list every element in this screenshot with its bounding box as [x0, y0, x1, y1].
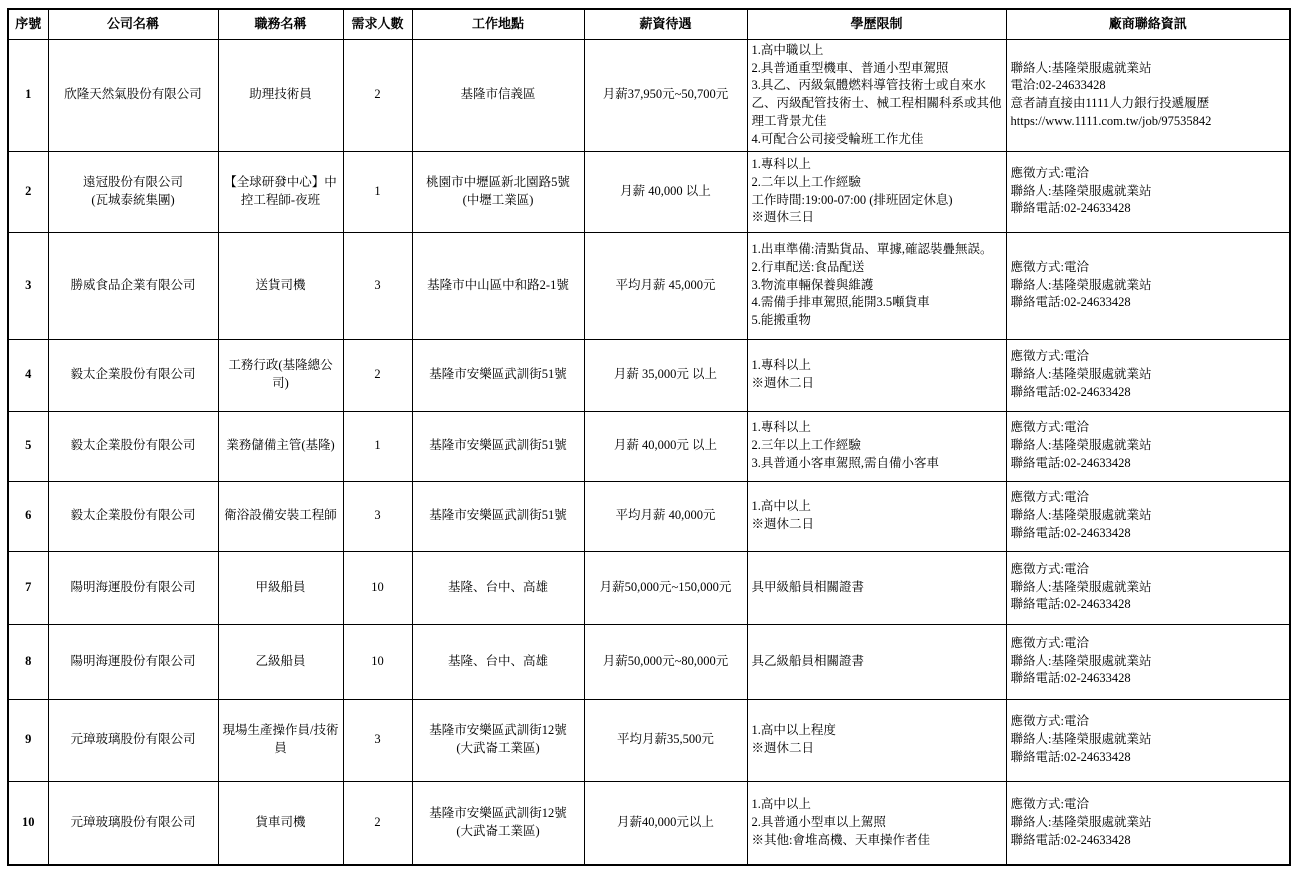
text-line: 2.三年以上工作經驗 — [752, 437, 1002, 455]
text-line: 聯絡電話:02-24633428 — [1011, 596, 1286, 614]
location-cell: 基隆、台中、高雄 — [412, 624, 584, 699]
company-cell: 欣隆天然氣股份有限公司 — [48, 39, 218, 151]
text-line: 聯絡電話:02-24633428 — [1011, 749, 1286, 767]
text-line: 聯絡電話:02-24633428 — [1011, 200, 1286, 218]
text-line: 毅太企業股份有限公司 — [53, 437, 214, 455]
requirements-cell: 具甲級船員相關證書 — [747, 551, 1006, 624]
text-line: 3.具普通小客車駕照,需自備小客車 — [752, 455, 1002, 473]
text-line: 遠冠股份有限公司 — [53, 174, 214, 192]
text-line: 基隆市信義區 — [417, 86, 580, 104]
text-line: 1.高中以上程度 — [752, 722, 1002, 740]
requirements-cell: 1.高中職以上2.具普通重型機車、普通小型車駕照3.具乙、丙級氣體燃料導管技術士… — [747, 39, 1006, 151]
col-header-seq: 序號 — [8, 9, 48, 39]
text-line: (大武崙工業區) — [417, 823, 580, 841]
location-cell: 基隆市安樂區武訓街51號 — [412, 481, 584, 551]
headcount-cell: 2 — [343, 39, 412, 151]
text-line: 基隆、台中、高雄 — [417, 653, 580, 671]
table-row: 8陽明海運股份有限公司乙級船員10基隆、台中、高雄月薪50,000元~80,00… — [8, 624, 1290, 699]
text-line: 4.需備手排車駕照,能開3.5噸貨車 — [752, 294, 1002, 312]
text-line: ※週休三日 — [752, 209, 1002, 227]
text-line: 聯絡電話:02-24633428 — [1011, 525, 1286, 543]
company-cell: 毅太企業股份有限公司 — [48, 339, 218, 411]
text-line: 1.高中以上 — [752, 796, 1002, 814]
text-line: 2.具普通重型機車、普通小型車駕照 — [752, 60, 1002, 78]
text-line: ※週休二日 — [752, 740, 1002, 758]
table-row: 3勝威食品企業有限公司送貨司機3基隆市中山區中和路2-1號平均月薪 45,000… — [8, 232, 1290, 339]
text-line: 聯絡電話:02-24633428 — [1011, 670, 1286, 688]
text-line: 基隆市安樂區武訓街51號 — [417, 437, 580, 455]
text-line: 毅太企業股份有限公司 — [53, 507, 214, 525]
text-line: 聯絡人:基隆榮服處就業站 — [1011, 814, 1286, 832]
text-line: 基隆市中山區中和路2-1號 — [417, 277, 580, 295]
seq-cell: 7 — [8, 551, 48, 624]
text-line: 聯絡人:基隆榮服處就業站 — [1011, 277, 1286, 295]
requirements-cell: 1.出車準備:清點貨品、單據,確認裝疊無誤。2.行車配送:食品配送3.物流車輛保… — [747, 232, 1006, 339]
company-cell: 元璋玻璃股份有限公司 — [48, 699, 218, 781]
company-cell: 元璋玻璃股份有限公司 — [48, 781, 218, 865]
text-line: 陽明海運股份有限公司 — [53, 653, 214, 671]
salary-cell: 月薪 40,000元 以上 — [584, 411, 747, 481]
salary-cell: 月薪40,000元以上 — [584, 781, 747, 865]
text-line: 3.具乙、丙級氣體燃料導管技術士或自來水乙、丙級配管技術士、械工程相關科系或其他… — [752, 77, 1002, 130]
company-cell: 遠冠股份有限公司(瓦城泰統集團) — [48, 151, 218, 232]
table-row: 10元璋玻璃股份有限公司貨車司機2基隆市安樂區武訓街12號(大武崙工業區)月薪4… — [8, 781, 1290, 865]
salary-cell: 平均月薪 40,000元 — [584, 481, 747, 551]
salary-cell: 平均月薪35,500元 — [584, 699, 747, 781]
company-cell: 陽明海運股份有限公司 — [48, 551, 218, 624]
text-line: 欣隆天然氣股份有限公司 — [53, 86, 214, 104]
col-header-requirements: 學歷限制 — [747, 9, 1006, 39]
location-cell: 基隆市安樂區武訓街51號 — [412, 411, 584, 481]
text-line: 聯絡人:基隆榮服處就業站 — [1011, 731, 1286, 749]
seq-cell: 2 — [8, 151, 48, 232]
text-line: 1.專科以上 — [752, 419, 1002, 437]
contact-cell: 聯絡人:基隆榮服處就業站電洽:02-24633428意者請直接由1111人力銀行… — [1006, 39, 1290, 151]
contact-cell: 應徵方式:電洽聯絡人:基隆榮服處就業站聯絡電話:02-24633428 — [1006, 551, 1290, 624]
salary-cell: 月薪 35,000元 以上 — [584, 339, 747, 411]
job-title-cell: 現場生產操作員/技術員 — [218, 699, 343, 781]
text-line: 基隆、台中、高雄 — [417, 579, 580, 597]
requirements-cell: 1.高中以上程度※週休二日 — [747, 699, 1006, 781]
headcount-cell: 1 — [343, 151, 412, 232]
text-line: (瓦城泰統集團) — [53, 192, 214, 210]
contact-cell: 應徵方式:電洽聯絡人:基隆榮服處就業站聯絡電話:02-24633428 — [1006, 781, 1290, 865]
location-cell: 桃園市中壢區新北園路5號(中壢工業區) — [412, 151, 584, 232]
text-line: 應徵方式:電洽 — [1011, 259, 1286, 277]
text-line: (大武崙工業區) — [417, 740, 580, 758]
contact-cell: 應徵方式:電洽聯絡人:基隆榮服處就業站聯絡電話:02-24633428 — [1006, 339, 1290, 411]
text-line: ※其他:會堆高機、天車操作者佳 — [752, 832, 1002, 850]
table-row: 4毅太企業股份有限公司工務行政(基隆總公司)2基隆市安樂區武訓街51號月薪 35… — [8, 339, 1290, 411]
text-line: 聯絡人:基隆榮服處就業站 — [1011, 60, 1286, 78]
header-row: 序號公司名稱職務名稱需求人數工作地點薪資待遇學歷限制廠商聯絡資訊 — [8, 9, 1290, 39]
text-line: 5.能搬重物 — [752, 312, 1002, 330]
location-cell: 基隆市安樂區武訓街12號(大武崙工業區) — [412, 781, 584, 865]
job-title-cell: 助理技術員 — [218, 39, 343, 151]
text-line: (中壢工業區) — [417, 192, 580, 210]
text-line: 勝威食品企業有限公司 — [53, 277, 214, 295]
salary-cell: 月薪37,950元~50,700元 — [584, 39, 747, 151]
job-title-cell: 甲級船員 — [218, 551, 343, 624]
table-row: 7陽明海運股份有限公司甲級船員10基隆、台中、高雄月薪50,000元~150,0… — [8, 551, 1290, 624]
contact-cell: 應徵方式:電洽聯絡人:基隆榮服處就業站聯絡電話:02-24633428 — [1006, 411, 1290, 481]
company-cell: 陽明海運股份有限公司 — [48, 624, 218, 699]
text-line: 2.二年以上工作經驗 — [752, 174, 1002, 192]
text-line: 應徵方式:電洽 — [1011, 635, 1286, 653]
text-line: 1.高中職以上 — [752, 42, 1002, 60]
col-header-headcount: 需求人數 — [343, 9, 412, 39]
table-row: 5毅太企業股份有限公司業務儲備主管(基隆)1基隆市安樂區武訓街51號月薪 40,… — [8, 411, 1290, 481]
text-line: 聯絡人:基隆榮服處就業站 — [1011, 366, 1286, 384]
text-line: 具甲級船員相關證書 — [752, 579, 1002, 597]
company-cell: 勝威食品企業有限公司 — [48, 232, 218, 339]
job-title-cell: 業務儲備主管(基隆) — [218, 411, 343, 481]
text-line: 應徵方式:電洽 — [1011, 489, 1286, 507]
requirements-cell: 1.專科以上2.二年以上工作經驗工作時間:19:00-07:00 (排班固定休息… — [747, 151, 1006, 232]
text-line: 4.可配合公司接受輪班工作尤佳 — [752, 131, 1002, 149]
text-line: 具乙級船員相關證書 — [752, 653, 1002, 671]
text-line: 2.行車配送:食品配送 — [752, 259, 1002, 277]
text-line: 聯絡電話:02-24633428 — [1011, 384, 1286, 402]
location-cell: 基隆、台中、高雄 — [412, 551, 584, 624]
company-cell: 毅太企業股份有限公司 — [48, 481, 218, 551]
job-title-cell: 貨車司機 — [218, 781, 343, 865]
job-title-cell: 衛浴設備安裝工程師 — [218, 481, 343, 551]
text-line: 聯絡電話:02-24633428 — [1011, 455, 1286, 473]
seq-cell: 1 — [8, 39, 48, 151]
job-title-cell: 工務行政(基隆總公司) — [218, 339, 343, 411]
headcount-cell: 2 — [343, 339, 412, 411]
job-title-cell: 送貨司機 — [218, 232, 343, 339]
headcount-cell: 10 — [343, 624, 412, 699]
text-line: 元璋玻璃股份有限公司 — [53, 814, 214, 832]
text-line: 1.高中以上 — [752, 498, 1002, 516]
text-line: 元璋玻璃股份有限公司 — [53, 731, 214, 749]
col-header-salary: 薪資待遇 — [584, 9, 747, 39]
headcount-cell: 3 — [343, 232, 412, 339]
seq-cell: 9 — [8, 699, 48, 781]
table-row: 2遠冠股份有限公司(瓦城泰統集團)【全球研發中心】中控工程師-夜班1桃園市中壢區… — [8, 151, 1290, 232]
requirements-cell: 1.專科以上※週休二日 — [747, 339, 1006, 411]
text-line: 陽明海運股份有限公司 — [53, 579, 214, 597]
requirements-cell: 1.高中以上※週休二日 — [747, 481, 1006, 551]
seq-cell: 10 — [8, 781, 48, 865]
text-line: 桃園市中壢區新北園路5號 — [417, 174, 580, 192]
text-line: 聯絡人:基隆榮服處就業站 — [1011, 437, 1286, 455]
table-row: 6毅太企業股份有限公司衛浴設備安裝工程師3基隆市安樂區武訓街51號平均月薪 40… — [8, 481, 1290, 551]
text-line: 2.具普通小型車以上駕照 — [752, 814, 1002, 832]
salary-cell: 月薪50,000元~150,000元 — [584, 551, 747, 624]
text-line: 毅太企業股份有限公司 — [53, 366, 214, 384]
col-header-contact: 廠商聯絡資訊 — [1006, 9, 1290, 39]
location-cell: 基隆市安樂區武訓街12號(大武崙工業區) — [412, 699, 584, 781]
requirements-cell: 1.高中以上2.具普通小型車以上駕照※其他:會堆高機、天車操作者佳 — [747, 781, 1006, 865]
headcount-cell: 10 — [343, 551, 412, 624]
text-line: ※週休二日 — [752, 375, 1002, 393]
col-header-company: 公司名稱 — [48, 9, 218, 39]
text-line: 1.出車準備:清點貨品、單據,確認裝疊無誤。 — [752, 241, 1002, 259]
contact-cell: 應徵方式:電洽聯絡人:基隆榮服處就業站聯絡電話:02-24633428 — [1006, 624, 1290, 699]
seq-cell: 4 — [8, 339, 48, 411]
text-line: 應徵方式:電洽 — [1011, 348, 1286, 366]
text-line: 應徵方式:電洽 — [1011, 713, 1286, 731]
headcount-cell: 3 — [343, 699, 412, 781]
seq-cell: 6 — [8, 481, 48, 551]
salary-cell: 平均月薪 45,000元 — [584, 232, 747, 339]
headcount-cell: 3 — [343, 481, 412, 551]
salary-cell: 月薪50,000元~80,000元 — [584, 624, 747, 699]
headcount-cell: 2 — [343, 781, 412, 865]
document-page: 序號公司名稱職務名稱需求人數工作地點薪資待遇學歷限制廠商聯絡資訊 1欣隆天然氣股… — [0, 0, 1296, 872]
text-line: 基隆市安樂區武訓街12號 — [417, 805, 580, 823]
table-row: 1欣隆天然氣股份有限公司助理技術員2基隆市信義區月薪37,950元~50,700… — [8, 39, 1290, 151]
contact-cell: 應徵方式:電洽聯絡人:基隆榮服處就業站聯絡電話:02-24633428 — [1006, 151, 1290, 232]
requirements-cell: 具乙級船員相關證書 — [747, 624, 1006, 699]
text-line: ※週休二日 — [752, 516, 1002, 534]
seq-cell: 8 — [8, 624, 48, 699]
text-line: 聯絡人:基隆榮服處就業站 — [1011, 579, 1286, 597]
text-line: 3.物流車輛保養與維護 — [752, 277, 1002, 295]
text-line: 1.專科以上 — [752, 156, 1002, 174]
contact-cell: 應徵方式:電洽聯絡人:基隆榮服處就業站聯絡電話:02-24633428 — [1006, 481, 1290, 551]
text-line: 基隆市安樂區武訓街51號 — [417, 366, 580, 384]
text-line: 應徵方式:電洽 — [1011, 419, 1286, 437]
text-line: 聯絡人:基隆榮服處就業站 — [1011, 653, 1286, 671]
text-line: https://www.1111.com.tw/job/97535842 — [1011, 113, 1286, 131]
col-header-location: 工作地點 — [412, 9, 584, 39]
col-header-job-title: 職務名稱 — [218, 9, 343, 39]
seq-cell: 5 — [8, 411, 48, 481]
location-cell: 基隆市中山區中和路2-1號 — [412, 232, 584, 339]
text-line: 聯絡電話:02-24633428 — [1011, 294, 1286, 312]
text-line: 電洽:02-24633428 — [1011, 77, 1286, 95]
location-cell: 基隆市信義區 — [412, 39, 584, 151]
text-line: 聯絡人:基隆榮服處就業站 — [1011, 183, 1286, 201]
text-line: 應徵方式:電洽 — [1011, 561, 1286, 579]
requirements-cell: 1.專科以上2.三年以上工作經驗3.具普通小客車駕照,需自備小客車 — [747, 411, 1006, 481]
company-cell: 毅太企業股份有限公司 — [48, 411, 218, 481]
text-line: 1.專科以上 — [752, 357, 1002, 375]
text-line: 基隆市安樂區武訓街51號 — [417, 507, 580, 525]
contact-cell: 應徵方式:電洽聯絡人:基隆榮服處就業站聯絡電話:02-24633428 — [1006, 232, 1290, 339]
text-line: 應徵方式:電洽 — [1011, 796, 1286, 814]
text-line: 聯絡電話:02-24633428 — [1011, 832, 1286, 850]
job-title-cell: 乙級船員 — [218, 624, 343, 699]
headcount-cell: 1 — [343, 411, 412, 481]
text-line: 應徵方式:電洽 — [1011, 165, 1286, 183]
seq-cell: 3 — [8, 232, 48, 339]
job-title-cell: 【全球研發中心】中控工程師-夜班 — [218, 151, 343, 232]
text-line: 聯絡人:基隆榮服處就業站 — [1011, 507, 1286, 525]
text-line: 意者請直接由1111人力銀行投遞履歷 — [1011, 95, 1286, 113]
job-listing-table: 序號公司名稱職務名稱需求人數工作地點薪資待遇學歷限制廠商聯絡資訊 1欣隆天然氣股… — [7, 8, 1291, 866]
text-line: 工作時間:19:00-07:00 (排班固定休息) — [752, 192, 1002, 210]
contact-cell: 應徵方式:電洽聯絡人:基隆榮服處就業站聯絡電話:02-24633428 — [1006, 699, 1290, 781]
text-line: 基隆市安樂區武訓街12號 — [417, 722, 580, 740]
table-row: 9元璋玻璃股份有限公司現場生產操作員/技術員3基隆市安樂區武訓街12號(大武崙工… — [8, 699, 1290, 781]
location-cell: 基隆市安樂區武訓街51號 — [412, 339, 584, 411]
salary-cell: 月薪 40,000 以上 — [584, 151, 747, 232]
table-body: 1欣隆天然氣股份有限公司助理技術員2基隆市信義區月薪37,950元~50,700… — [8, 39, 1290, 865]
